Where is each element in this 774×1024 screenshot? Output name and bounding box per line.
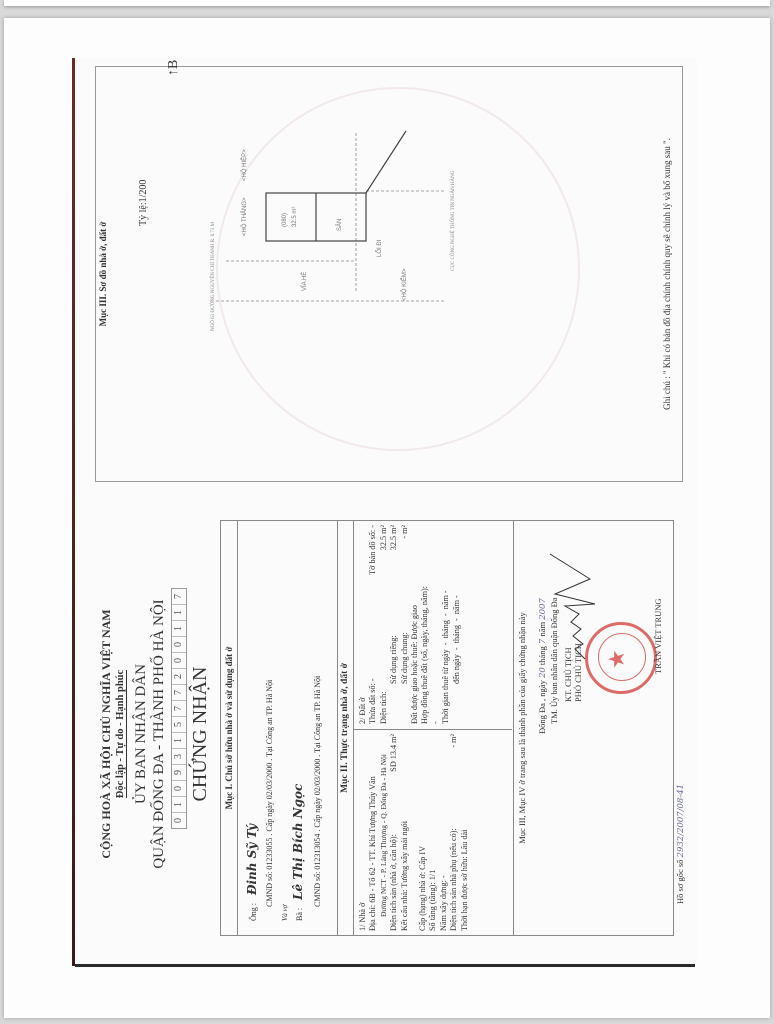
signer-name: TRẦN VIỆT TRUNG [653,598,663,674]
house-address-line2: Đường NCT - P. Láng Thượng - Q. Đống Đa … [379,734,389,931]
site-plan-page: Mục III. Sơ đồ nhà ở, đất ở Tỷ lệ:1/200 … [75,58,697,494]
serial-digit: 3 [172,748,186,764]
serial-digit: 5 [172,716,186,732]
site-plan-note: Ghi chú : " Khi có bản đồ địa chính chín… [662,67,672,481]
svg-text:VỈA HÈ: VỈA HÈ [301,272,308,291]
national-header: CỘNG HOÀ XÃ HỘI CHỦ NGHĨA VIỆT NAM [99,534,114,934]
serial-digit: 0 [172,780,186,796]
owner2: Bà :Lê Thị Bích Ngọc [291,784,305,921]
allocation: Đất được giao hoặc thuê: Được giao [410,525,420,724]
motto: Độc lập - Tự do - Hạnh phúc [115,534,126,934]
svg-text:SÂN: SÂN [336,219,343,231]
section1-heading: Mục I. Chủ sở hữu nhà ở và sử dụng đất ở [221,521,238,935]
plot-area-label: 32.5 m² [292,207,298,227]
lease-contract: Hợp đồng thuê đất (số, ngày, tháng, năm)… [420,525,430,724]
lease-contract-value: - [431,525,441,724]
serial-digit: 0 [172,636,186,652]
aux-area: Diện tích sàn nhà phụ (nếu có):- m² [449,734,459,931]
section2-heading: Mục II. Thực trạng nhà ở, đất ở [337,521,354,935]
serial-digit: 0 [172,652,186,668]
map-scale: Tỷ lệ:1/200 [138,180,149,226]
certificate-front: CỘNG HOÀ XÃ HỘI CHỦ NGHĨA VIỆT NAM Độc l… [75,494,697,964]
owner2-id: CMND số: 012313054 . Cấp ngày 02/03/2000… [313,676,322,907]
structure: Kết cấu nhà: Tường xây mái ngói [400,734,410,931]
house-title: 1/ Nhà ở [358,734,368,931]
street-label: NGÕ 63 ĐƯỜNG NGUYỄN CHÍ THANH R. 6.73 M [210,221,216,331]
serial-digit: 1 [172,604,186,620]
svg-text:<HỘ HIỆP>: <HỘ HIỆP> [240,149,248,181]
plot-number: Thửa đất số: -Tờ bản đồ số: - [368,525,378,724]
owner1-name: Đinh Sỹ Tý [245,824,259,895]
owner1-id: CMND số: 01233055 . Cấp ngày 02/03/2000 … [265,680,274,907]
svg-text:LỐI ĐI: LỐI ĐI [376,239,383,257]
bottom-label: CỤC CÔNG NGHỆ THÔNG TIN NGÂN HÀNG [450,170,456,271]
shared-use: Sử dụng chung:- m² [400,525,410,724]
ownership-term: Thời hạn được sở hữu: Lâu dài [460,734,470,931]
floors: Số tầng (tầng): 1/1 [428,734,438,931]
house-address: Địa chỉ: 6B - Tổ 62 - TT. Khí Tượng Thủy… [368,734,378,931]
svg-text:<HỘ KIỂM>: <HỘ KIỂM> [401,268,408,301]
issuer-line1: ỦY BAN NHÂN DÂN [133,534,150,934]
land-area: Diện tích:32.5 m² [379,525,389,724]
site-plan-frame: Mục III. Sơ đồ nhà ở, đất ở Tỷ lệ:1/200 … [95,66,683,482]
spouse-label: Và vợ [281,905,289,921]
serial-digit: 1 [172,796,186,812]
owner1: Ông :Đinh Sỹ Tý [245,824,259,921]
grade: Cấp (hạng) nhà ở: Cấp IV [418,734,428,931]
land-title: 2/ Đất ở [358,525,368,724]
land-details: 2/ Đất ở Thửa đất số: -Tờ bản đồ số: - D… [354,521,512,728]
house-details: 1/ Nhà ở Địa chỉ: 6B - Tổ 62 - TT. Khí T… [354,729,512,935]
section-property-status: Mục II. Thực trạng nhà ở, đất ở 1/ Nhà ở… [337,520,514,936]
site-plan-drawing: 32.5 m² (080) SÂN VỈA HÈ <HỘ HIỆP> <HỘ T… [206,111,456,331]
private-use: Sử dụng riêng:32.5 m² [389,525,399,724]
record-number: Hồ sơ gốc số 2932/2007/08-41 [675,784,686,904]
site-plan-heading: Mục III. Sơ đồ nhà ở, đất ở [98,67,108,481]
previous-page-edge [4,0,770,6]
issuer-line2: QUẬN ĐỐNG ĐA - THÀNH PHỐ HÀ NỘI [151,534,168,934]
footer-note: Mục III, Mục IV ở trang sau là thành phầ… [513,521,527,935]
serial-digit: 7 [172,700,186,716]
svg-text:<HỘ THẮNG>: <HỘ THẮNG> [240,197,248,236]
svg-text:(080): (080) [282,213,288,227]
north-arrow-icon: ↑B [166,60,182,76]
serial-digit: 1 [172,732,186,748]
serial-digit: 1 [172,620,186,636]
serial-digit: 7 [172,684,186,700]
build-year: Năm xây dựng: - [439,734,449,931]
document-edge-bottom [75,964,695,967]
rotated-certificate: CỘNG HOÀ XÃ HỘI CHỦ NGHĨA VIỆT NAM Độc l… [75,58,697,964]
serial-digit: 7 [172,589,186,604]
signature-icon [545,544,605,664]
lease-to: đến ngày - tháng - năm - [452,525,462,724]
lease-from: Thời gian thuê từ ngày - tháng - năm - [441,525,451,724]
owner2-name: Lê Thị Bích Ngọc [291,784,305,900]
floor-area: Diện tích sàn (nhà ở, căn hộ):SD 13.4 m² [389,734,399,931]
serial-digit: 9 [172,764,186,780]
section-owners: Mục I. Chủ sở hữu nhà ở và sử dụng đất ở… [220,520,338,936]
serial-number: 010931577200117 [171,588,187,829]
serial-digit: 2 [172,668,186,684]
serial-digit: 0 [172,812,186,828]
certificate-title: CHỨNG NHẬN [189,534,212,934]
